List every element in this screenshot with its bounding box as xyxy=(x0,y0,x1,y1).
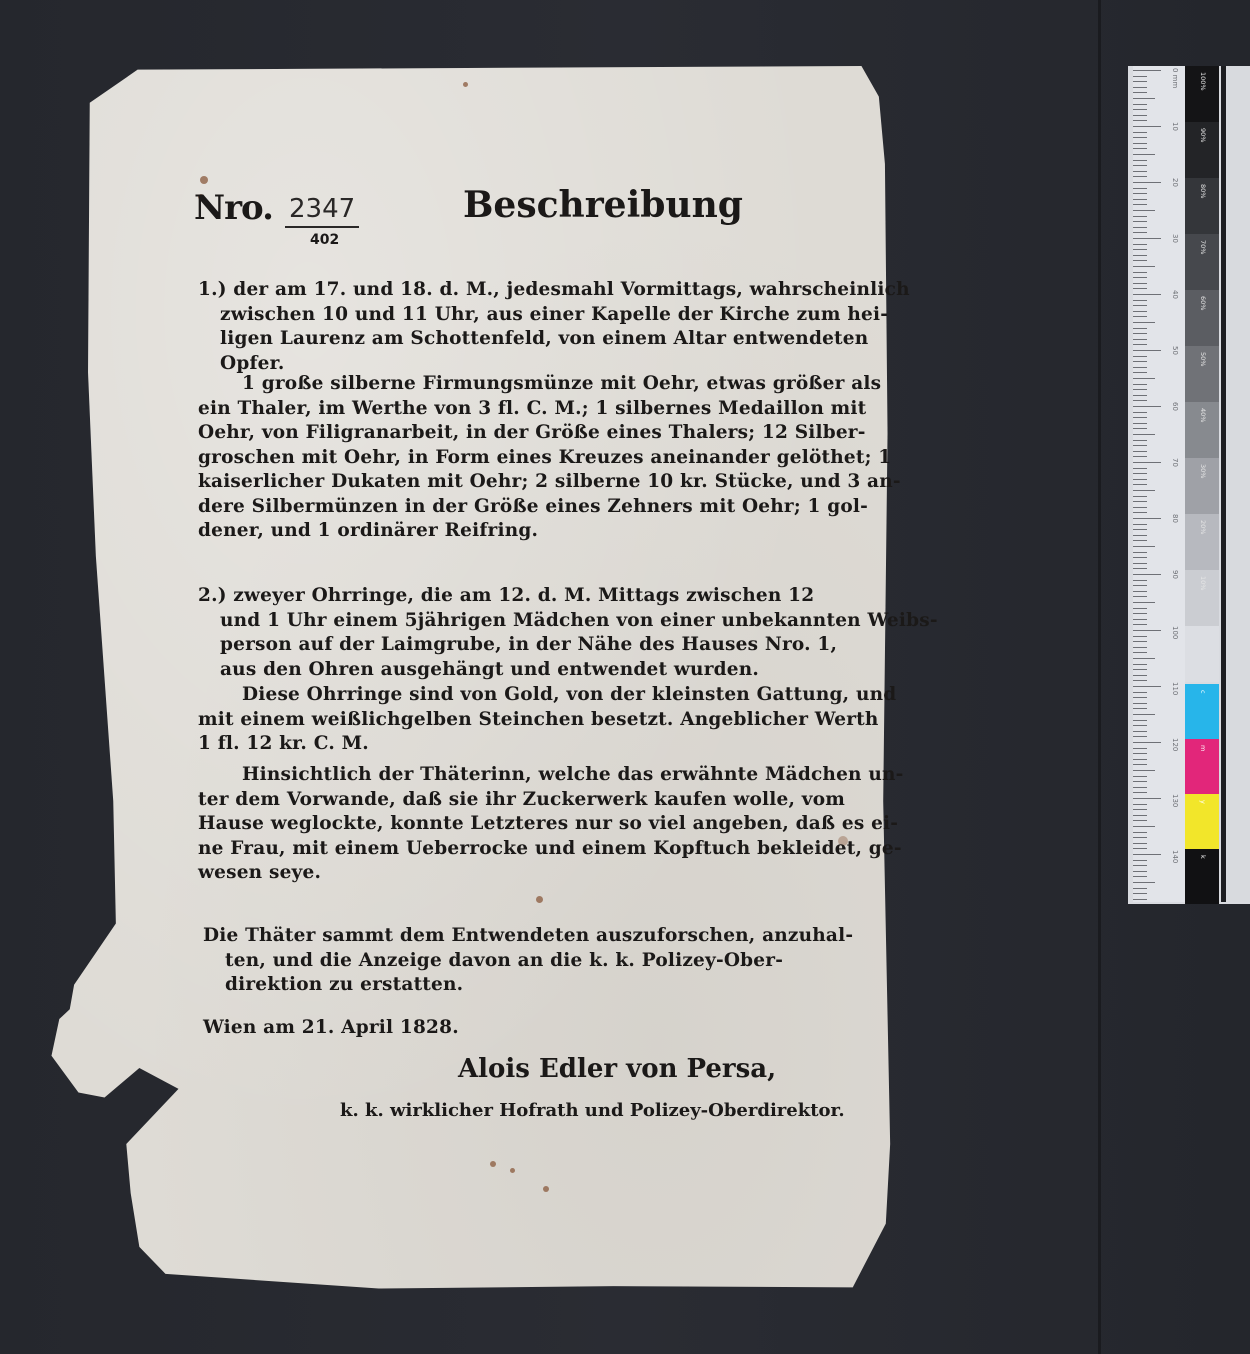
ruler-tick xyxy=(1133,300,1147,301)
signature-title: k. k. wirklicher Hofrath und Polizey-Obe… xyxy=(340,1100,845,1121)
text-line: dere Silbermünzen in der Größe eines Zeh… xyxy=(198,495,888,520)
ruler-tick xyxy=(1133,770,1155,771)
ruler-tick xyxy=(1133,126,1161,127)
ruler-label: 110 xyxy=(1171,682,1179,695)
ruler-tick xyxy=(1133,899,1147,900)
ruler-tick xyxy=(1133,193,1147,194)
gray-patch-label: 10% xyxy=(1199,576,1207,590)
ruler-tick xyxy=(1133,199,1147,200)
ruler-label: 60 xyxy=(1171,402,1179,411)
text-line: person auf der Laimgrube, in der Nähe de… xyxy=(198,633,888,658)
ruler-tick xyxy=(1133,440,1147,441)
gray-patch-label: 40% xyxy=(1199,408,1207,422)
ruler-tick xyxy=(1133,165,1147,166)
dateline-text: Wien am 21. April 1828. xyxy=(203,1016,603,1041)
ruler-label: 70 xyxy=(1171,458,1179,467)
document-title: Beschreibung xyxy=(463,184,743,226)
ruler-tick xyxy=(1133,865,1147,866)
ruler-tick xyxy=(1133,826,1155,827)
ruler-label: 100 xyxy=(1171,626,1179,639)
text-line: Diese Ohrringe sind von Gold, von der kl… xyxy=(198,683,888,708)
ruler-tick xyxy=(1133,552,1147,553)
ruler-tick xyxy=(1133,188,1147,189)
ruler-label: 90 xyxy=(1171,570,1179,579)
text-line: mit einem weißlichgelben Steinchen beset… xyxy=(198,708,888,733)
text-line: 1 große silberne Firmungsmünze mit Oehr,… xyxy=(198,372,888,397)
ruler-tick xyxy=(1133,580,1147,581)
ruler-tick xyxy=(1133,395,1147,396)
gray-patch-label: 30% xyxy=(1199,464,1207,478)
ruler-tick xyxy=(1133,496,1147,497)
ruler-tick xyxy=(1133,815,1147,816)
text-line: wesen seye. xyxy=(198,861,888,886)
ruler-tick xyxy=(1133,456,1147,457)
ruler-tick xyxy=(1133,350,1161,351)
ruler-tick xyxy=(1133,451,1147,452)
gray-patch: 90% xyxy=(1185,122,1219,178)
ruler-tick xyxy=(1133,764,1147,765)
ruler-tick xyxy=(1133,658,1155,659)
ruler-tick xyxy=(1133,417,1147,418)
ruler-tick xyxy=(1133,692,1147,693)
ruler-tick xyxy=(1133,423,1147,424)
ruler-tick xyxy=(1133,675,1147,676)
ruler-label: 30 xyxy=(1171,234,1179,243)
ruler-tick xyxy=(1133,445,1147,446)
text-line: ne Frau, mit einem Ueberrocke und einem … xyxy=(198,837,888,862)
ruler-tick xyxy=(1133,742,1161,743)
ruler-tick xyxy=(1133,255,1147,256)
text-line: ten, und die Anzeige davon an die k. k. … xyxy=(203,949,888,974)
ruler-tick xyxy=(1133,759,1147,760)
ruler-label: 40 xyxy=(1171,290,1179,299)
ruler-tick xyxy=(1133,249,1147,250)
header-number: 2347 xyxy=(285,194,359,228)
ruler-tick xyxy=(1133,322,1155,323)
text-line: dener, und 1 ordinärer Reifring. xyxy=(198,519,888,544)
ruler-label: 130 xyxy=(1171,794,1179,807)
ruler-tick xyxy=(1133,798,1161,799)
ruler-tick xyxy=(1133,647,1147,648)
ruler-tick xyxy=(1133,294,1161,295)
ruler-tick xyxy=(1133,277,1147,278)
calibration-divider xyxy=(1221,66,1226,902)
ruler-tick xyxy=(1133,473,1147,474)
text-line: und 1 Uhr einem 5jährigen Mädchen von ei… xyxy=(198,609,888,634)
ruler-tick xyxy=(1133,680,1147,681)
ruler-label: 80 xyxy=(1171,514,1179,523)
signature-name: Alois Edler von Persa, xyxy=(458,1054,776,1084)
ruler-tick xyxy=(1133,703,1147,704)
ruler-tick xyxy=(1133,832,1147,833)
ruler-tick xyxy=(1133,787,1147,788)
section-1: 1.) der am 17. und 18. d. M., jedesmahl … xyxy=(198,278,888,376)
ruler-tick xyxy=(1133,563,1147,564)
gray-patch: 20% xyxy=(1185,514,1219,570)
ruler-tick xyxy=(1133,540,1147,541)
ruler-tick xyxy=(1133,507,1147,508)
dateline: Wien am 21. April 1828. xyxy=(203,1016,603,1041)
calibration-edge xyxy=(1228,66,1250,902)
ruler-tick xyxy=(1133,837,1147,838)
ruler-tick xyxy=(1133,641,1147,642)
ruler-tick xyxy=(1133,893,1147,894)
ruler-tick xyxy=(1133,238,1161,239)
ruler-tick xyxy=(1133,568,1147,569)
ruler-tick xyxy=(1133,591,1147,592)
text-line: Die Thäter sammt dem Entwendeten auszufo… xyxy=(203,924,888,949)
ruler-tick xyxy=(1133,367,1147,368)
ruler-tick xyxy=(1133,434,1155,435)
text-line: ein Thaler, im Werthe von 3 fl. C. M.; 1… xyxy=(198,397,888,422)
ruler-tick xyxy=(1133,619,1147,620)
ruler-tick xyxy=(1133,854,1161,855)
ruler-tick xyxy=(1133,171,1147,172)
ruler-tick xyxy=(1133,848,1147,849)
instruction: Die Thäter sammt dem Entwendeten auszufo… xyxy=(203,924,888,998)
text-line: 2.) zweyer Ohrringe, die am 12. d. M. Mi… xyxy=(198,584,888,609)
ruler-tick xyxy=(1133,154,1155,155)
ruler-tick xyxy=(1133,81,1147,82)
gray-patch: 30% xyxy=(1185,458,1219,514)
ruler-tick xyxy=(1133,372,1147,373)
ruler-tick xyxy=(1133,602,1155,603)
ruler-tick xyxy=(1133,266,1155,267)
ruler-tick xyxy=(1133,272,1147,273)
text-line: direktion zu erstatten. xyxy=(203,973,888,998)
ruler-label: 140 xyxy=(1171,850,1179,863)
ruler-tick xyxy=(1133,462,1161,463)
ruler-tick xyxy=(1133,428,1147,429)
ruler-tick xyxy=(1133,664,1147,665)
ruler-tick xyxy=(1133,406,1161,407)
ruler-tick xyxy=(1133,748,1147,749)
ruler-tick xyxy=(1133,221,1147,222)
ruler-unit-label: 0 mm xyxy=(1171,68,1179,88)
text-line: zwischen 10 und 11 Uhr, aus einer Kapell… xyxy=(198,303,888,328)
color-patch-label: m xyxy=(1199,745,1207,751)
text-line: Hause weglockte, konnte Letzteres nur so… xyxy=(198,812,888,837)
ruler-tick xyxy=(1133,613,1147,614)
gray-patch: 40% xyxy=(1185,402,1219,458)
ruler-tick xyxy=(1133,736,1147,737)
ruler-tick xyxy=(1133,378,1155,379)
text-line: kaiserlicher Dukaten mit Oehr; 2 silbern… xyxy=(198,470,888,495)
ruler-tick xyxy=(1133,557,1147,558)
ruler-tick xyxy=(1133,468,1147,469)
color-patch-c: c xyxy=(1185,684,1219,739)
ruler-tick xyxy=(1133,115,1147,116)
ruler-tick xyxy=(1133,232,1147,233)
ruler-tick xyxy=(1133,76,1147,77)
ruler-tick xyxy=(1133,204,1147,205)
ruler-tick xyxy=(1133,176,1147,177)
ruler-tick xyxy=(1133,585,1147,586)
gray-patch-label: 80% xyxy=(1199,184,1207,198)
ruler-tick xyxy=(1133,731,1147,732)
text-line: ter dem Vorwande, daß sie ihr Zuckerwerk… xyxy=(198,788,888,813)
ruler-tick xyxy=(1133,697,1147,698)
gray-patch-label: 20% xyxy=(1199,520,1207,534)
gray-patch: 70% xyxy=(1185,234,1219,290)
ruler-tick xyxy=(1133,753,1147,754)
ruler-tick xyxy=(1133,384,1147,385)
ruler-tick xyxy=(1133,596,1147,597)
ruler-tick xyxy=(1133,843,1147,844)
ruler-tick xyxy=(1133,389,1147,390)
ruler-tick xyxy=(1133,210,1155,211)
ruler-tick xyxy=(1133,608,1147,609)
ruler-tick xyxy=(1133,104,1147,105)
ruler-tick xyxy=(1133,227,1147,228)
ruler-tick xyxy=(1133,535,1147,536)
ruler-tick xyxy=(1133,361,1147,362)
ruler-tick xyxy=(1133,876,1147,877)
ruler-tick xyxy=(1133,720,1147,721)
ruler-tick xyxy=(1133,160,1147,161)
ruler-tick xyxy=(1133,624,1147,625)
gray-patch-label: 60% xyxy=(1199,296,1207,310)
ruler-tick xyxy=(1133,143,1147,144)
section-2: 2.) zweyer Ohrringe, die am 12. d. M. Mi… xyxy=(198,584,888,682)
ruler-tick xyxy=(1133,512,1147,513)
color-patch-m: m xyxy=(1185,739,1219,794)
ruler-tick xyxy=(1133,70,1161,71)
ruler-tick xyxy=(1133,328,1147,329)
ruler-tick xyxy=(1133,132,1147,133)
ruler-tick xyxy=(1133,574,1161,575)
gray-patch-label: 50% xyxy=(1199,352,1207,366)
gray-patch: 100% xyxy=(1185,66,1219,122)
ruler-tick xyxy=(1133,484,1147,485)
ruler-tick xyxy=(1133,490,1155,491)
ruler-tick xyxy=(1133,333,1147,334)
color-patch-label: k xyxy=(1199,855,1207,859)
header-sub-number: 402 xyxy=(310,232,339,248)
ruler-tick xyxy=(1133,529,1147,530)
text-line: 1 fl. 12 kr. C. M. xyxy=(198,732,888,757)
mm-ruler: 0 mm102030405060708090100110120130140 xyxy=(1133,66,1185,902)
header-prefix: Nro. xyxy=(194,188,273,228)
text-line: Hinsichtlich der Thäterinn, welche das e… xyxy=(198,763,888,788)
ruler-tick xyxy=(1133,260,1147,261)
ruler-tick xyxy=(1133,98,1155,99)
ruler-tick xyxy=(1133,244,1147,245)
ruler-tick xyxy=(1133,792,1147,793)
ruler-tick xyxy=(1133,400,1147,401)
section-2-suspect: Hinsichtlich der Thäterinn, welche das e… xyxy=(198,763,888,886)
background-divider xyxy=(1098,0,1101,1354)
color-patch-label: y xyxy=(1199,800,1207,804)
ruler-label: 20 xyxy=(1171,178,1179,187)
ruler-tick xyxy=(1133,87,1147,88)
color-patch-label: c xyxy=(1199,690,1207,694)
ruler-tick xyxy=(1133,479,1147,480)
ruler-tick xyxy=(1133,652,1147,653)
ruler-tick xyxy=(1133,686,1161,687)
section-1-items: 1 große silberne Firmungsmünze mit Oehr,… xyxy=(198,372,888,544)
text-line: 1.) der am 17. und 18. d. M., jedesmahl … xyxy=(198,278,888,303)
ruler-label: 120 xyxy=(1171,738,1179,751)
color-patch-y: y xyxy=(1185,794,1219,849)
gray-patch-label: 90% xyxy=(1199,128,1207,142)
gray-patch xyxy=(1185,626,1219,682)
ruler-tick xyxy=(1133,137,1147,138)
ruler-tick xyxy=(1133,714,1155,715)
ruler-tick xyxy=(1133,669,1147,670)
text-line: Oehr, von Filigranarbeit, in der Größe e… xyxy=(198,421,888,446)
ruler-tick xyxy=(1133,109,1147,110)
ruler-tick xyxy=(1133,776,1147,777)
ruler-tick xyxy=(1133,708,1147,709)
ruler-tick xyxy=(1133,148,1147,149)
ruler-tick xyxy=(1133,804,1147,805)
ruler-tick xyxy=(1133,524,1147,525)
gray-patch: 60% xyxy=(1185,290,1219,346)
ruler-tick xyxy=(1133,283,1147,284)
ruler-tick xyxy=(1133,888,1147,889)
ruler-tick xyxy=(1133,882,1155,883)
text-line: aus den Ohren ausgehängt und entwendet w… xyxy=(198,658,888,683)
ruler-tick xyxy=(1133,182,1161,183)
ruler-tick xyxy=(1133,305,1147,306)
ruler-tick xyxy=(1133,725,1147,726)
ruler-tick xyxy=(1133,216,1147,217)
document: Nro. 2347 402 Beschreibung 1.) der am 17… xyxy=(48,66,918,1291)
color-patch-k: k xyxy=(1185,849,1219,904)
ruler-tick xyxy=(1133,339,1147,340)
ruler-tick xyxy=(1133,820,1147,821)
ruler-tick xyxy=(1133,860,1147,861)
ruler-tick xyxy=(1133,546,1155,547)
ruler-tick xyxy=(1133,630,1161,631)
ruler-label: 10 xyxy=(1171,122,1179,131)
ruler-tick xyxy=(1133,356,1147,357)
ruler-tick xyxy=(1133,120,1147,121)
ruler-tick xyxy=(1133,316,1147,317)
section-2-description: Diese Ohrringe sind von Gold, von der kl… xyxy=(198,683,888,757)
ruler-label: 50 xyxy=(1171,346,1179,355)
text-line: groschen mit Oehr, in Form eines Kreuzes… xyxy=(198,446,888,471)
text-line: ligen Laurenz am Schottenfeld, von einem… xyxy=(198,327,888,352)
gray-patch: 80% xyxy=(1185,178,1219,234)
ruler-tick xyxy=(1133,412,1147,413)
gray-patch-label: 70% xyxy=(1199,240,1207,254)
ruler-tick xyxy=(1133,636,1147,637)
ruler-tick xyxy=(1133,518,1161,519)
ruler-tick xyxy=(1133,92,1147,93)
ruler-tick xyxy=(1133,288,1147,289)
scan-scene: Nro. 2347 402 Beschreibung 1.) der am 17… xyxy=(0,0,1250,1354)
ruler-tick xyxy=(1133,871,1147,872)
ruler-tick xyxy=(1133,344,1147,345)
ruler-tick xyxy=(1133,781,1147,782)
gray-patch: 50% xyxy=(1185,346,1219,402)
ruler-tick xyxy=(1133,311,1147,312)
gray-patch: 10% xyxy=(1185,570,1219,626)
color-patches: 100%90%80%70%60%50%40%30%20%10%cmyk xyxy=(1185,66,1219,902)
gray-patch-label: 100% xyxy=(1199,72,1207,91)
ruler-tick xyxy=(1133,501,1147,502)
ruler-tick xyxy=(1133,809,1147,810)
